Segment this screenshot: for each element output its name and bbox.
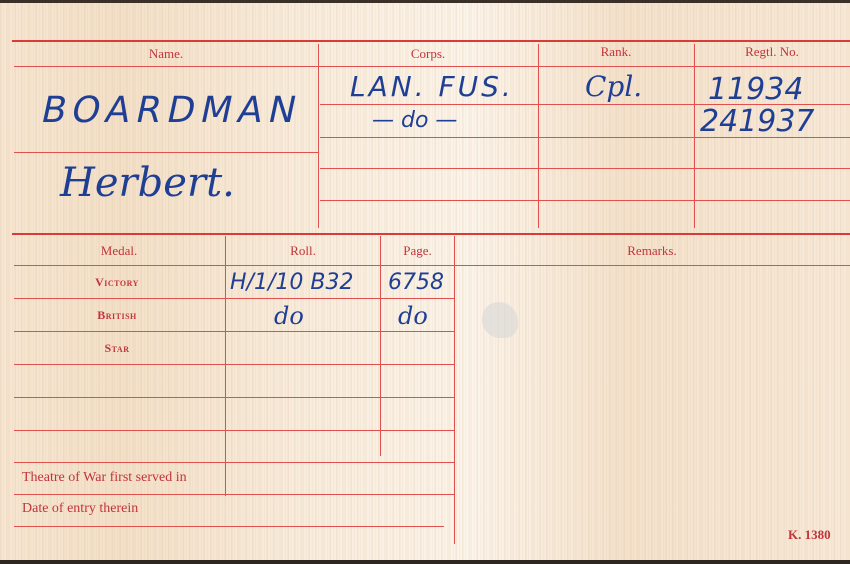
col-divider — [694, 44, 695, 228]
row-rule — [14, 364, 454, 365]
victory-page: 6758 — [388, 270, 444, 295]
scan-top-edge — [0, 0, 850, 3]
row-rule — [14, 397, 454, 398]
row-rule — [14, 526, 444, 527]
row-rule — [14, 462, 454, 463]
british-roll: do — [274, 302, 304, 330]
header-name: Name. — [14, 46, 318, 62]
row-rule — [14, 298, 454, 299]
row-rule — [14, 430, 454, 431]
header-rule — [14, 66, 850, 67]
date-entry-label: Date of entry therein — [22, 501, 138, 517]
row-rule — [320, 168, 850, 169]
medal-header-rule — [14, 265, 850, 266]
header-corps: Corps. — [318, 46, 538, 62]
row-rule — [14, 152, 318, 153]
forename-entry: Herbert. — [60, 160, 235, 206]
victory-roll: H/1/10 B32 — [230, 270, 353, 295]
row-rule — [320, 200, 850, 201]
header-remarks: Remarks. — [454, 243, 850, 259]
rank-entry: Cpl. — [585, 70, 642, 103]
col-divider — [380, 236, 381, 456]
form-code: K. 1380 — [788, 527, 831, 543]
row-rule — [14, 494, 454, 495]
corps-entry: LAN. FUS. — [350, 70, 514, 103]
header-rank: Rank. — [538, 44, 694, 60]
british-page: do — [398, 302, 428, 330]
header-regtl-no: Regtl. No. — [694, 44, 850, 60]
col-divider — [538, 44, 539, 228]
surname-entry: BOARDMAN — [38, 90, 306, 131]
medal-star: Star — [12, 341, 222, 356]
col-divider — [318, 44, 319, 228]
top-rule — [12, 40, 850, 42]
col-divider — [454, 236, 455, 544]
regtl-no-entry-1: 11934 — [708, 72, 803, 107]
regtl-no-entry-2: 241937 — [700, 104, 815, 139]
row-rule — [14, 331, 454, 332]
col-divider — [225, 236, 226, 496]
corps-ditto-entry: — do — — [372, 108, 457, 133]
header-roll: Roll. — [226, 243, 380, 259]
theatre-label: Theatre of War first served in — [22, 470, 187, 486]
paper-stain — [482, 302, 518, 338]
header-medal: Medal. — [14, 243, 224, 259]
section-rule — [12, 233, 850, 235]
medal-victory: Victory — [12, 275, 222, 290]
header-page: Page. — [381, 243, 454, 259]
medal-british: British — [12, 308, 222, 323]
scan-bottom-edge — [0, 560, 850, 564]
